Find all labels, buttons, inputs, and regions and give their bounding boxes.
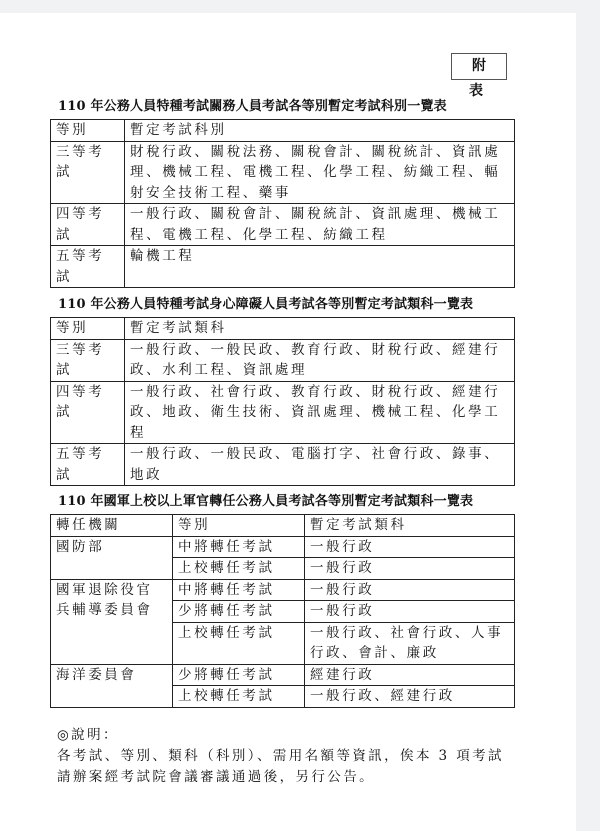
table-row: 國防部 中將轉任考試 一般行政 bbox=[51, 536, 515, 558]
row-level: 上校轉任考試 bbox=[173, 686, 305, 708]
header-subjects: 暫定考試類科 bbox=[305, 515, 515, 537]
table-row: 海洋委員會 少將轉任考試 經建行政 bbox=[51, 664, 515, 686]
table-row: 三等考試 一般行政、一般民政、教育行政、財稅行政、經建行政、水利工程、資訊處理 bbox=[51, 339, 515, 381]
row-subjects: 一般行政、社會行政、人事行政、會計、廉政 bbox=[305, 622, 515, 664]
military-transfer-exam-table: 轉任機關 等別 暫定考試類科 國防部 中將轉任考試 一般行政 上校轉任考試 一般… bbox=[50, 514, 515, 708]
table-row: 三等考試 財稅行政、關稅法務、關稅會計、關稅統計、資訊處理、機械工程、電機工程、… bbox=[51, 141, 515, 204]
row-level: 上校轉任考試 bbox=[173, 558, 305, 580]
row-agency: 國軍退除役官兵輔導委員會 bbox=[51, 579, 173, 664]
header-agency: 轉任機關 bbox=[51, 515, 173, 537]
row-level: 中將轉任考試 bbox=[173, 536, 305, 558]
row-subjects: 一般行政、經建行政 bbox=[305, 686, 515, 708]
row-level: 四等考試 bbox=[51, 204, 125, 246]
row-subjects: 一般行政、一般民政、教育行政、財稅行政、經建行政、水利工程、資訊處理 bbox=[125, 339, 515, 381]
table-row: 四等考試 一般行政、關稅會計、關稅統計、資訊處理、機械工程、電機工程、化學工程、… bbox=[51, 204, 515, 246]
row-subjects: 一般行政 bbox=[305, 601, 515, 623]
row-subjects: 一般行政、關稅會計、關稅統計、資訊處理、機械工程、電機工程、化學工程、紡織工程 bbox=[125, 204, 515, 246]
table-row: 四等考試 一般行政、社會行政、教育行政、財稅行政、經建行政、地政、衛生技術、資訊… bbox=[51, 381, 515, 444]
table-row: 五等考試 輪機工程 bbox=[51, 246, 515, 288]
table-row: 國軍退除役官兵輔導委員會 中將轉任考試 一般行政 bbox=[51, 579, 515, 601]
row-subjects: 一般行政 bbox=[305, 579, 515, 601]
row-subjects: 輪機工程 bbox=[125, 246, 515, 288]
note-heading: ◎說明： bbox=[57, 725, 517, 746]
table-header-row: 等別 暫定考試科別 bbox=[51, 120, 515, 142]
row-agency: 國防部 bbox=[51, 536, 173, 579]
row-subjects: 經建行政 bbox=[305, 664, 515, 686]
table-1-title: 110 年公務人員特種考試關務人員考試各等別暫定考試科別一覽表 bbox=[58, 95, 447, 114]
row-level: 少將轉任考試 bbox=[173, 601, 305, 623]
table-2-title: 110 年公務人員特種考試身心障礙人員考試各等別暫定考試類科一覽表 bbox=[58, 293, 473, 312]
table-header-row: 等別 暫定考試類科 bbox=[51, 318, 515, 340]
row-subjects: 一般行政、一般民政、電腦打字、社會行政、錄事、地政 bbox=[125, 444, 515, 486]
disability-exam-table: 等別 暫定考試類科 三等考試 一般行政、一般民政、教育行政、財稅行政、經建行政、… bbox=[50, 317, 515, 486]
row-agency: 海洋委員會 bbox=[51, 664, 173, 707]
table-header-row: 轉任機關 等別 暫定考試類科 bbox=[51, 515, 515, 537]
row-subjects: 財稅行政、關稅法務、關稅會計、關稅統計、資訊處理、機械工程、電機工程、化學工程、… bbox=[125, 141, 515, 204]
table-3-title: 110 年國軍上校以上軍官轉任公務人員考試各等別暫定考試類科一覽表 bbox=[58, 490, 473, 509]
header-subjects: 暫定考試類科 bbox=[125, 318, 515, 340]
row-level: 五等考試 bbox=[51, 444, 125, 486]
note-body: 各考試、等別、類科（科別）、需用名額等資訊，俟本 3 項考試請辦案經考試院會議審… bbox=[57, 746, 517, 788]
row-subjects: 一般行政 bbox=[305, 558, 515, 580]
row-level: 三等考試 bbox=[51, 339, 125, 381]
row-level: 上校轉任考試 bbox=[173, 622, 305, 664]
row-level: 五等考試 bbox=[51, 246, 125, 288]
attachment-label: 附 表 bbox=[451, 53, 507, 80]
row-level: 少將轉任考試 bbox=[173, 664, 305, 686]
row-subjects: 一般行政、社會行政、教育行政、財稅行政、經建行政、地政、衛生技術、資訊處理、機械… bbox=[125, 381, 515, 444]
row-level: 中將轉任考試 bbox=[173, 579, 305, 601]
row-level: 三等考試 bbox=[51, 141, 125, 204]
customs-exam-table: 等別 暫定考試科別 三等考試 財稅行政、關稅法務、關稅會計、關稅統計、資訊處理、… bbox=[50, 119, 515, 288]
header-subjects: 暫定考試科別 bbox=[125, 120, 515, 142]
row-level: 四等考試 bbox=[51, 381, 125, 444]
note-section: ◎說明： 各考試、等別、類科（科別）、需用名額等資訊，俟本 3 項考試請辦案經考… bbox=[57, 725, 517, 788]
document-page: 附 表 110 年公務人員特種考試關務人員考試各等別暫定考試科別一覽表 等別 暫… bbox=[0, 13, 576, 831]
table-row: 五等考試 一般行政、一般民政、電腦打字、社會行政、錄事、地政 bbox=[51, 444, 515, 486]
header-level: 等別 bbox=[51, 120, 125, 142]
header-level: 等別 bbox=[173, 515, 305, 537]
row-subjects: 一般行政 bbox=[305, 536, 515, 558]
header-level: 等別 bbox=[51, 318, 125, 340]
